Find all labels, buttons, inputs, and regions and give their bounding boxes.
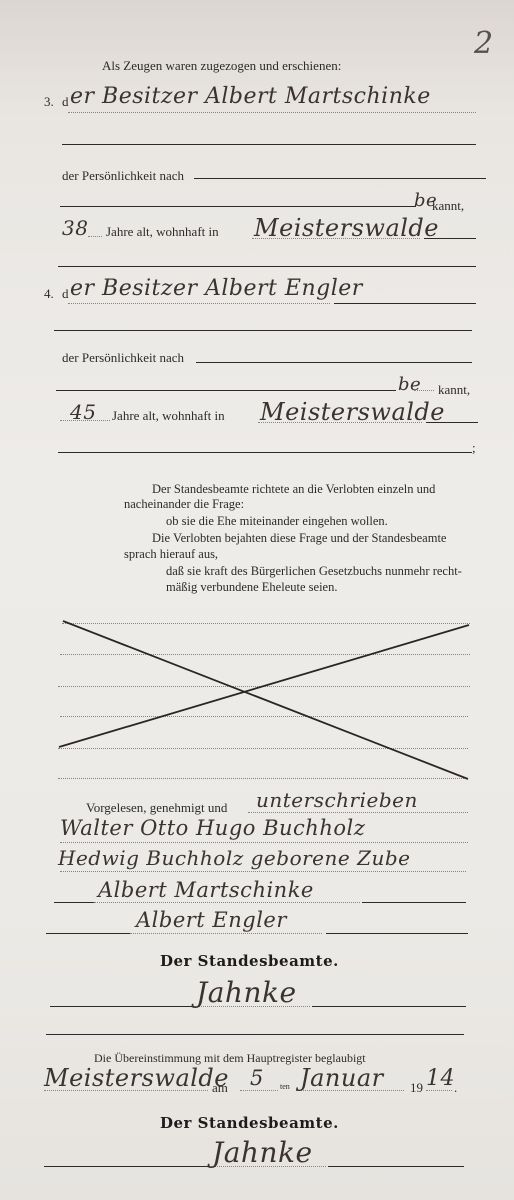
- dotted-line: [248, 812, 468, 813]
- dotted-line: [240, 1090, 278, 1091]
- signer-1[interactable]: Walter Otto Hugo Buchholz: [60, 816, 365, 840]
- certification-registrar-signature[interactable]: Jahnke: [212, 1136, 313, 1169]
- certification-place[interactable]: Meisterswalde: [44, 1064, 229, 1092]
- read-handwritten[interactable]: unterschrieben: [256, 788, 418, 812]
- certification-year-suffix[interactable]: 14: [426, 1066, 455, 1091]
- signature-line: [54, 902, 94, 903]
- signer-2[interactable]: Hedwig Buchholz geborene Zube: [58, 846, 411, 870]
- dotted-line: [130, 933, 322, 934]
- dotted-line: [60, 842, 468, 843]
- dotted-line: [60, 871, 466, 872]
- signature-line: [46, 933, 130, 934]
- signer-4[interactable]: Albert Engler: [136, 908, 287, 932]
- signature-line: [50, 1006, 194, 1007]
- signature-line: [312, 1006, 466, 1007]
- certification-day-suffix: ten: [280, 1082, 290, 1091]
- signature-line: [362, 902, 466, 903]
- registrar-title: Der Standesbeamte.: [160, 952, 339, 970]
- signature-line: [44, 1166, 208, 1167]
- certification-year-prefix: 19: [410, 1080, 423, 1096]
- signature-line: [328, 1166, 464, 1167]
- certification-year-end: .: [454, 1080, 457, 1096]
- dotted-line: [94, 902, 360, 903]
- blank-line: [46, 1034, 464, 1035]
- registrar-signature[interactable]: Jahnke: [196, 976, 297, 1009]
- certification-am-label: am: [212, 1080, 228, 1096]
- certification-month[interactable]: Januar: [300, 1064, 384, 1092]
- signer-3[interactable]: Albert Martschinke: [98, 878, 314, 902]
- signature-line: [326, 933, 468, 934]
- certification-day[interactable]: 5: [250, 1066, 264, 1090]
- read-label: Vorgelesen, genehmigt und: [86, 800, 227, 816]
- cross-out-mark-icon: [0, 0, 514, 1200]
- certification-registrar-title: Der Standesbeamte.: [160, 1114, 339, 1132]
